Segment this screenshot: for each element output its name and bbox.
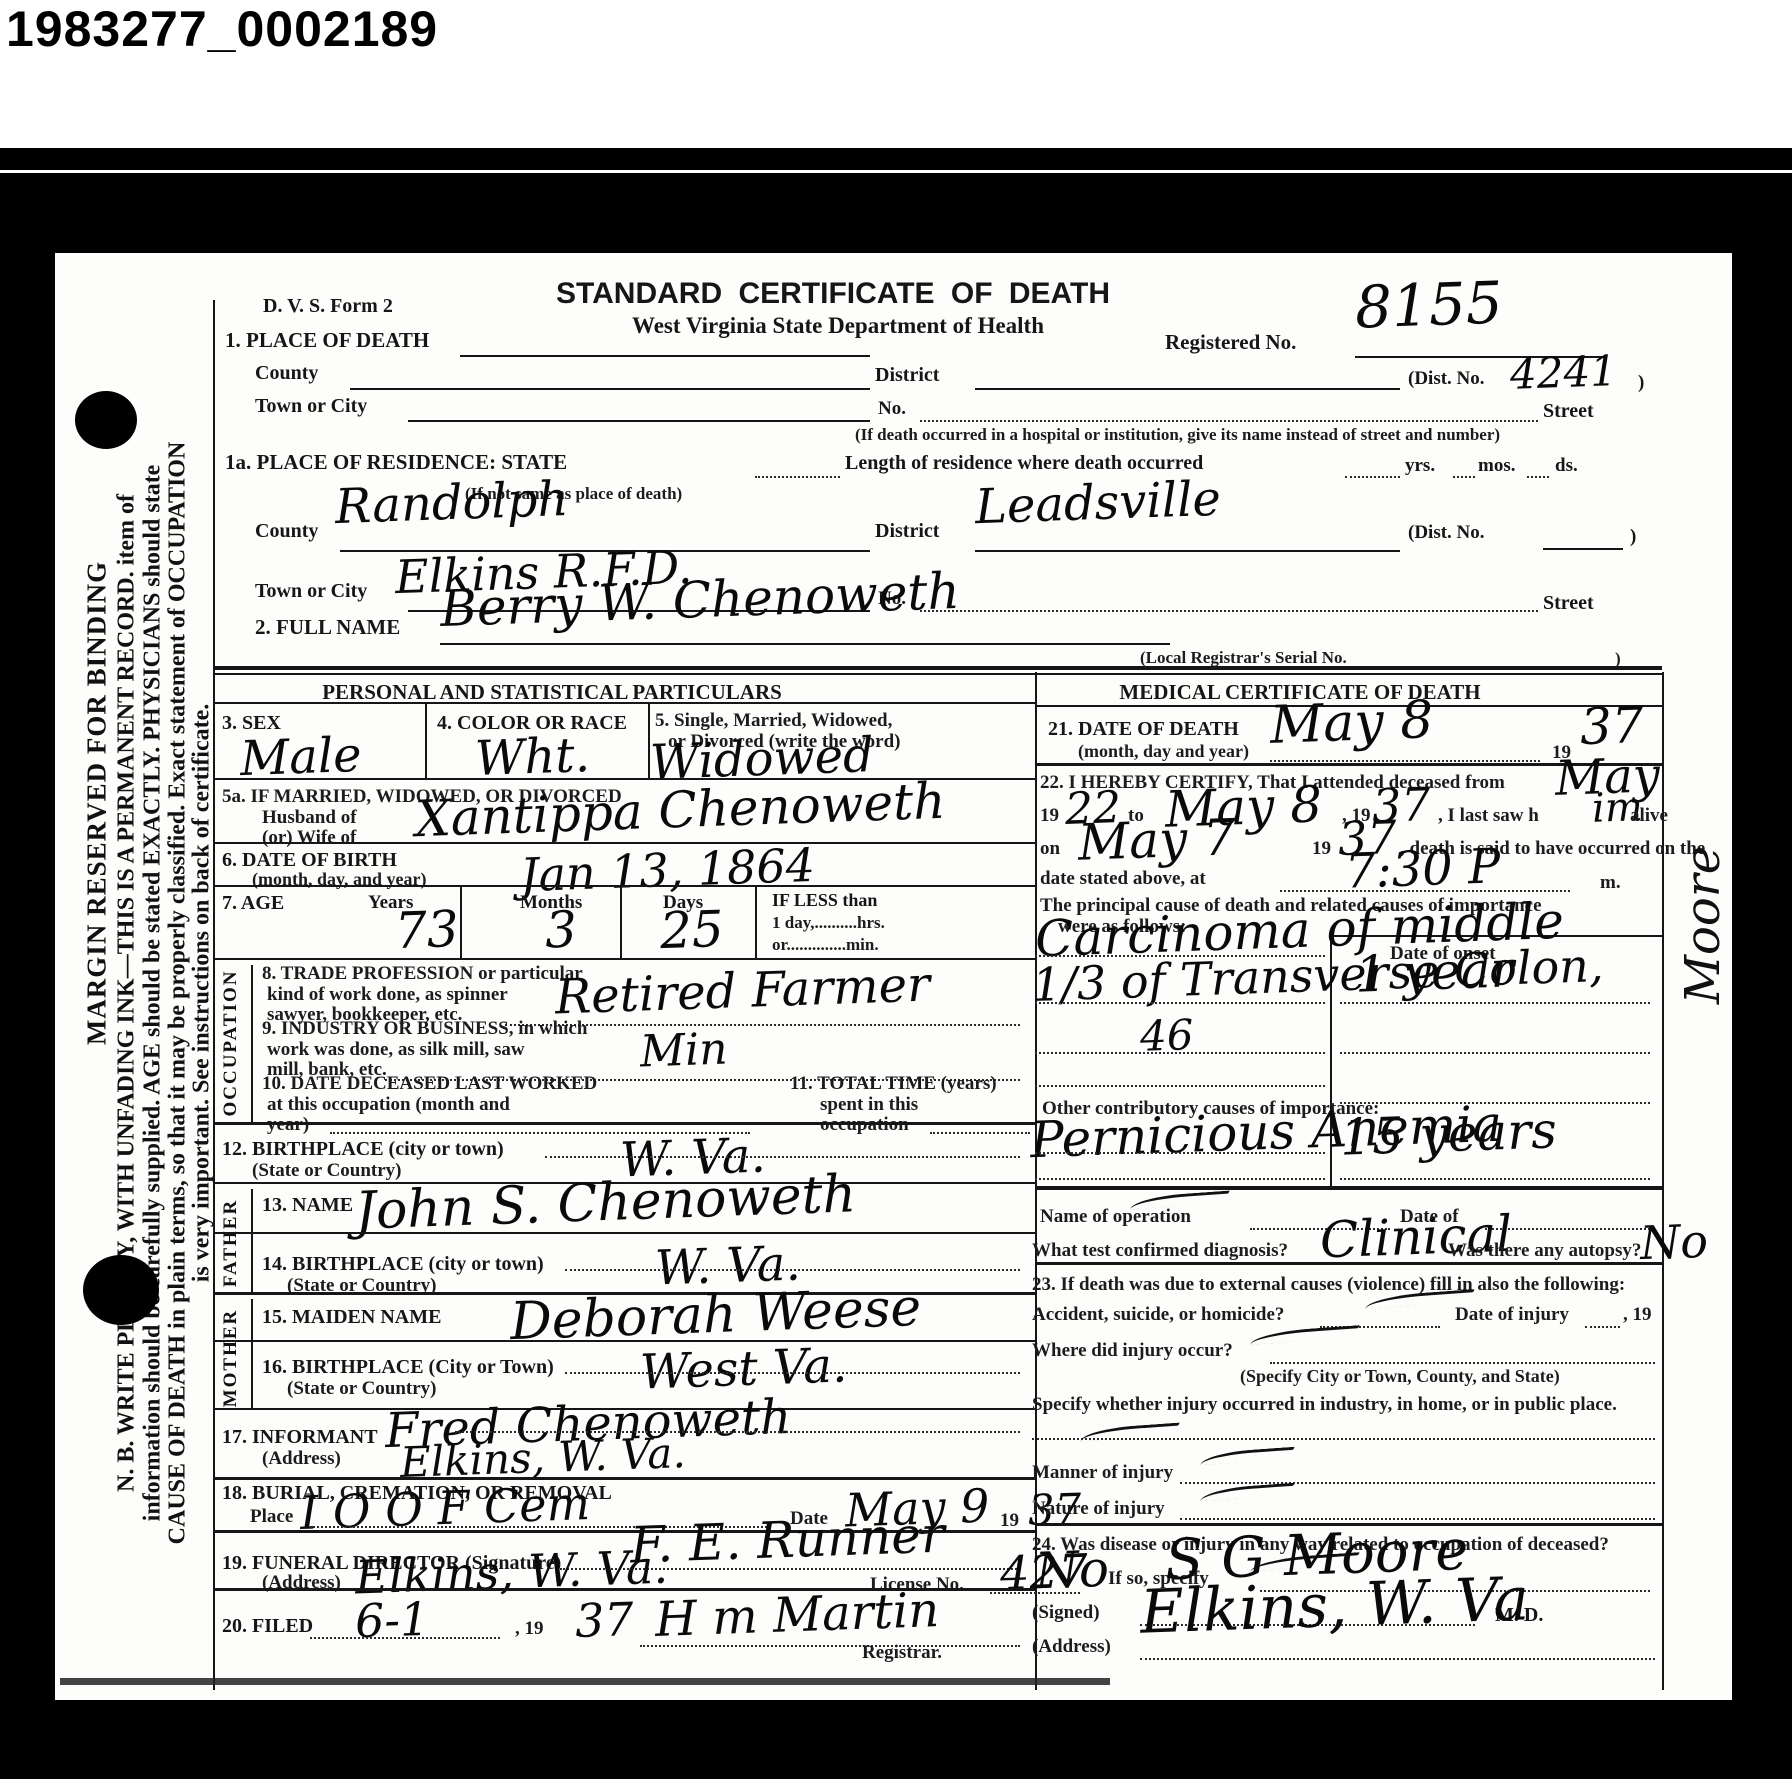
res-ds-label: ds. bbox=[1555, 455, 1578, 477]
onset-line-1 bbox=[1340, 1002, 1650, 1004]
dod-line bbox=[1270, 760, 1540, 762]
mother-bp-sub: (State or Country) bbox=[287, 1378, 437, 1400]
injury-date-label: Date of injury bbox=[1455, 1304, 1569, 1326]
father-bp-line bbox=[565, 1269, 1020, 1271]
birthplace-label: 12. BIRTHPLACE (city or town) bbox=[222, 1138, 504, 1161]
last-worked-label-1: 10. DATE DECEASED LAST WORKED bbox=[262, 1073, 597, 1095]
mother-bp-line bbox=[565, 1372, 1020, 1374]
specify-injury-label: Specify whether injury occurred in indus… bbox=[1032, 1394, 1617, 1416]
dod-sub-label: (month, day and year) bbox=[1078, 741, 1249, 762]
test-label: What test confirmed diagnosis? bbox=[1032, 1240, 1288, 1262]
pod-town-label: Town or City bbox=[255, 395, 367, 418]
ink-squiggle-manner bbox=[1200, 1447, 1296, 1466]
informant-label: 17. INFORMANT bbox=[222, 1426, 378, 1449]
specify-line bbox=[1032, 1438, 1655, 1440]
row13-bottom-rule bbox=[213, 1232, 1035, 1234]
mother-side-line bbox=[251, 1299, 253, 1409]
dod-label: 21. DATE OF DEATH bbox=[1048, 718, 1239, 741]
full-name-label: 2. FULL NAME bbox=[255, 615, 400, 640]
birthplace-line bbox=[545, 1156, 1020, 1158]
age-less-label-2: 1 day,..........hrs. bbox=[772, 913, 885, 933]
res-yrs-label: yrs. bbox=[1405, 455, 1435, 477]
row17-bottom-rule bbox=[213, 1477, 1035, 1480]
manner-label: Manner of injury bbox=[1032, 1462, 1173, 1484]
certify-19a: 19 bbox=[1040, 805, 1059, 827]
mother-maiden-label: 15. MAIDEN NAME bbox=[262, 1306, 441, 1329]
paper-edge-scuff bbox=[60, 1678, 1110, 1685]
time-pre-label: date stated above, at bbox=[1040, 868, 1206, 890]
place-of-death-label: 1. PLACE OF DEATH bbox=[225, 328, 429, 353]
age-months-value: 3 bbox=[544, 900, 578, 959]
filed-date-line bbox=[310, 1637, 500, 1639]
pod-town-line bbox=[408, 420, 870, 422]
hospital-note: (If death occurred in a hospital or inst… bbox=[690, 425, 1665, 445]
pod-county-label: County bbox=[255, 362, 318, 385]
age-years-value: 73 bbox=[394, 900, 460, 960]
last-worked-label-2: at this occupation (month and bbox=[267, 1094, 510, 1116]
spouse-wife-label: (or) Wife of bbox=[262, 827, 356, 849]
autopsy-label: Was there any autopsy? bbox=[1448, 1240, 1641, 1262]
father-bp-label: 14. BIRTHPLACE (city or town) bbox=[262, 1253, 544, 1276]
ink-squiggle-where bbox=[1250, 1325, 1361, 1345]
pod-blank bbox=[460, 355, 870, 357]
registered-no-value: 8155 bbox=[1354, 268, 1504, 341]
signed-label: (Signed) bbox=[1032, 1602, 1100, 1624]
burial-year-pre: 19 bbox=[1000, 1510, 1019, 1532]
pod-county-line bbox=[350, 388, 870, 390]
onset-line-2 bbox=[1340, 1052, 1650, 1054]
total-time-label-1: 11. TOTAL TIME (years) bbox=[790, 1073, 997, 1095]
physician-address-value: Elkins, W. Va bbox=[1139, 1564, 1530, 1648]
informant-address-label: (Address) bbox=[262, 1448, 341, 1470]
injury-19-label: , 19 bbox=[1623, 1304, 1652, 1326]
pod-district-line bbox=[975, 388, 1400, 390]
occupation-bottom-rule bbox=[213, 1122, 1035, 1125]
where-injury-line bbox=[1270, 1362, 1655, 1364]
filed-registrar-line bbox=[640, 1645, 1020, 1647]
father-side-label: FATHER bbox=[220, 1199, 242, 1287]
informant-line bbox=[455, 1431, 1020, 1433]
certify-alive-label: alive bbox=[1630, 805, 1668, 827]
dod-value: May 8 bbox=[1269, 690, 1434, 756]
margin-note-line5: is very important. See instructions on b… bbox=[189, 704, 216, 1283]
cause-rule-2 bbox=[1035, 1002, 1325, 1004]
filed-label: 20. FILED bbox=[222, 1615, 313, 1638]
accident-label: Accident, suicide, or homicide? bbox=[1032, 1304, 1284, 1326]
birthplace-sub-label: (State or Country) bbox=[252, 1160, 402, 1182]
pod-district-label: District bbox=[875, 364, 939, 387]
where-injury-label: Where did injury occur? bbox=[1032, 1340, 1233, 1362]
right-margin-handwriting: Moore bbox=[1675, 846, 1731, 1004]
last-worked-label-3: year) bbox=[267, 1114, 309, 1136]
contrib-rule-2 bbox=[1035, 1178, 1325, 1180]
form-number: D. V. S. Form 2 bbox=[263, 295, 393, 318]
cause-rule-3 bbox=[1035, 1052, 1325, 1054]
res-mos-label: mos. bbox=[1478, 455, 1515, 477]
res-yrs-line bbox=[1345, 476, 1400, 478]
pod-no-label: No. bbox=[878, 398, 906, 420]
serial-no-label: (Local Registrar's Serial No. bbox=[1140, 648, 1347, 668]
total-time-label-3: occupation bbox=[820, 1114, 909, 1136]
form-left-border bbox=[213, 300, 215, 1690]
res-distno-close: ) bbox=[1630, 526, 1636, 548]
section-divider-heavy bbox=[213, 666, 1662, 670]
age-less-label-3: or..............min. bbox=[772, 935, 879, 955]
ink-squiggle-nature bbox=[1200, 1483, 1296, 1502]
margin-note-line2: N. B. WRITE PLAINLY, WITH UNFADING INK—T… bbox=[114, 494, 141, 1492]
certificate-paper: MARGIN RESERVED FOR BINDING N. B. WRITE … bbox=[55, 253, 1732, 1700]
certificate-title: STANDARD CERTIFICATE OF DEATH bbox=[533, 277, 1133, 311]
total-time-line bbox=[930, 1132, 1030, 1134]
sex-race-divider bbox=[425, 702, 427, 778]
pod-distno-label: (Dist. No. bbox=[1408, 368, 1485, 390]
age-days-value: 25 bbox=[659, 900, 725, 960]
time-value: 7:30 P bbox=[1344, 838, 1501, 899]
res-county-label: County bbox=[255, 520, 318, 543]
occupation-side-line bbox=[251, 965, 253, 1125]
res-state-line bbox=[755, 476, 840, 478]
father-name-label: 13. NAME bbox=[262, 1194, 353, 1217]
registered-no-label: Registered No. bbox=[1165, 330, 1296, 355]
certify-saw-label: , I last saw h bbox=[1438, 805, 1539, 827]
nature-label: Nature of injury bbox=[1032, 1498, 1165, 1520]
cause-section-bottom bbox=[1035, 1186, 1662, 1190]
last-seen-value: May 7 bbox=[1077, 808, 1236, 871]
time-m-label: m. bbox=[1600, 872, 1621, 894]
manner-line bbox=[1180, 1482, 1655, 1484]
operation-label: Name of operation bbox=[1040, 1206, 1191, 1228]
contrib-rule-1 bbox=[1035, 1152, 1325, 1154]
full-name-line bbox=[440, 643, 1170, 645]
left-col-top-rule bbox=[213, 702, 1035, 704]
res-district-value: Leadsville bbox=[974, 471, 1222, 536]
funeral-signature-value: F. E. Runner bbox=[629, 1506, 946, 1575]
film-divider-line bbox=[0, 170, 1792, 173]
industry-label-1: 9. INDUSTRY OR BUSINESS, in which bbox=[262, 1018, 587, 1040]
age-div3 bbox=[755, 885, 757, 958]
where-sub-label: (Specify City or Town, County, and State… bbox=[1240, 1366, 1560, 1387]
res-town-label: Town or City bbox=[255, 580, 367, 603]
trade-value: Retired Farmer bbox=[554, 956, 931, 1025]
row15-bottom-rule bbox=[213, 1340, 1035, 1342]
age-div1 bbox=[460, 885, 462, 958]
burial-place-label: Place bbox=[250, 1506, 293, 1528]
occupation-side-label: OCCUPATION bbox=[220, 969, 242, 1116]
res-district-line bbox=[975, 550, 1400, 552]
injury-date-line bbox=[1585, 1326, 1620, 1328]
certificate-subtitle: West Virginia State Department of Health bbox=[588, 313, 1088, 339]
mother-side-label: MOTHER bbox=[220, 1309, 242, 1408]
physician-address-label: (Address) bbox=[1032, 1636, 1111, 1658]
res-ds-line bbox=[1527, 476, 1549, 478]
res-length-label: Length of residence where death occurred bbox=[845, 452, 1203, 475]
father-name-value: John S. Chenoweth bbox=[354, 1164, 857, 1241]
scan-id: 1983277_0002189 bbox=[6, 0, 438, 58]
res-county-value: Randolph bbox=[334, 471, 569, 535]
filed-year-value: 37 bbox=[574, 1592, 634, 1648]
father-side-line bbox=[251, 1189, 253, 1292]
certify-on-label: on bbox=[1040, 838, 1060, 860]
industry-label-2: work was done, as silk mill, saw bbox=[267, 1039, 525, 1061]
external-causes-label: 23. If death was due to external causes … bbox=[1032, 1274, 1625, 1296]
race-marital-divider bbox=[648, 702, 650, 778]
filed-date-value: 6-1 bbox=[354, 1592, 430, 1649]
margin-note-line4: CAUSE OF DEATH in plain terms, so that i… bbox=[165, 442, 192, 1545]
res-mos-line bbox=[1453, 476, 1475, 478]
certify-19c: 19 bbox=[1312, 838, 1331, 860]
age-div2 bbox=[620, 885, 622, 958]
filed-year-pre: , 19 bbox=[515, 1618, 544, 1640]
physician-address-line bbox=[1140, 1658, 1655, 1660]
test-bottom-rule bbox=[1035, 1262, 1662, 1265]
scan-header-band: 1983277_0002189 bbox=[0, 0, 1792, 148]
filed-registrar-value: H m Martin bbox=[654, 1582, 940, 1648]
trade-label-1: 8. TRADE PROFESSION or particular bbox=[262, 963, 583, 985]
res-distno-label: (Dist. No. bbox=[1408, 522, 1485, 544]
registrar-label: Registrar. bbox=[862, 1642, 942, 1664]
cause-rule-4 bbox=[1035, 1085, 1325, 1087]
hole-punch-top bbox=[75, 391, 137, 449]
pod-distno-close: ) bbox=[1638, 372, 1644, 394]
hole-punch-bottom bbox=[83, 1255, 159, 1325]
related-value: No bbox=[1034, 1540, 1110, 1601]
res-distno-line bbox=[1543, 548, 1623, 550]
res-district-label: District bbox=[875, 520, 939, 543]
pod-distno-value: 4241 bbox=[1509, 346, 1618, 399]
industry-value: Min bbox=[639, 1023, 728, 1077]
row6-bottom-rule bbox=[213, 885, 1035, 887]
spouse-husband-label: Husband of bbox=[262, 807, 357, 829]
age-label: 7. AGE bbox=[222, 892, 284, 915]
scanned-death-certificate: 1983277_0002189 MARGIN RESERVED FOR BIND… bbox=[0, 0, 1792, 1779]
res-no-line bbox=[920, 610, 1538, 612]
pod-street-label: Street bbox=[1543, 400, 1594, 423]
margin-binding-note: MARGIN RESERVED FOR BINDING bbox=[82, 561, 113, 1045]
trade-label-2: kind of work done, as spinner bbox=[267, 984, 508, 1006]
res-street-label: Street bbox=[1543, 592, 1594, 615]
mother-bp-label: 16. BIRTHPLACE (City or Town) bbox=[262, 1356, 554, 1379]
residence-label: 1a. PLACE OF RESIDENCE: STATE bbox=[225, 450, 567, 475]
pod-no-line bbox=[920, 420, 1538, 422]
age-less-label-1: IF LESS than bbox=[772, 890, 877, 911]
margin-note-line3: information should be carefully supplied… bbox=[140, 465, 167, 1522]
total-time-label-2: spent in this bbox=[820, 1094, 918, 1116]
section-divider-thin bbox=[213, 673, 1662, 675]
onset-line-4 bbox=[1340, 1178, 1650, 1180]
